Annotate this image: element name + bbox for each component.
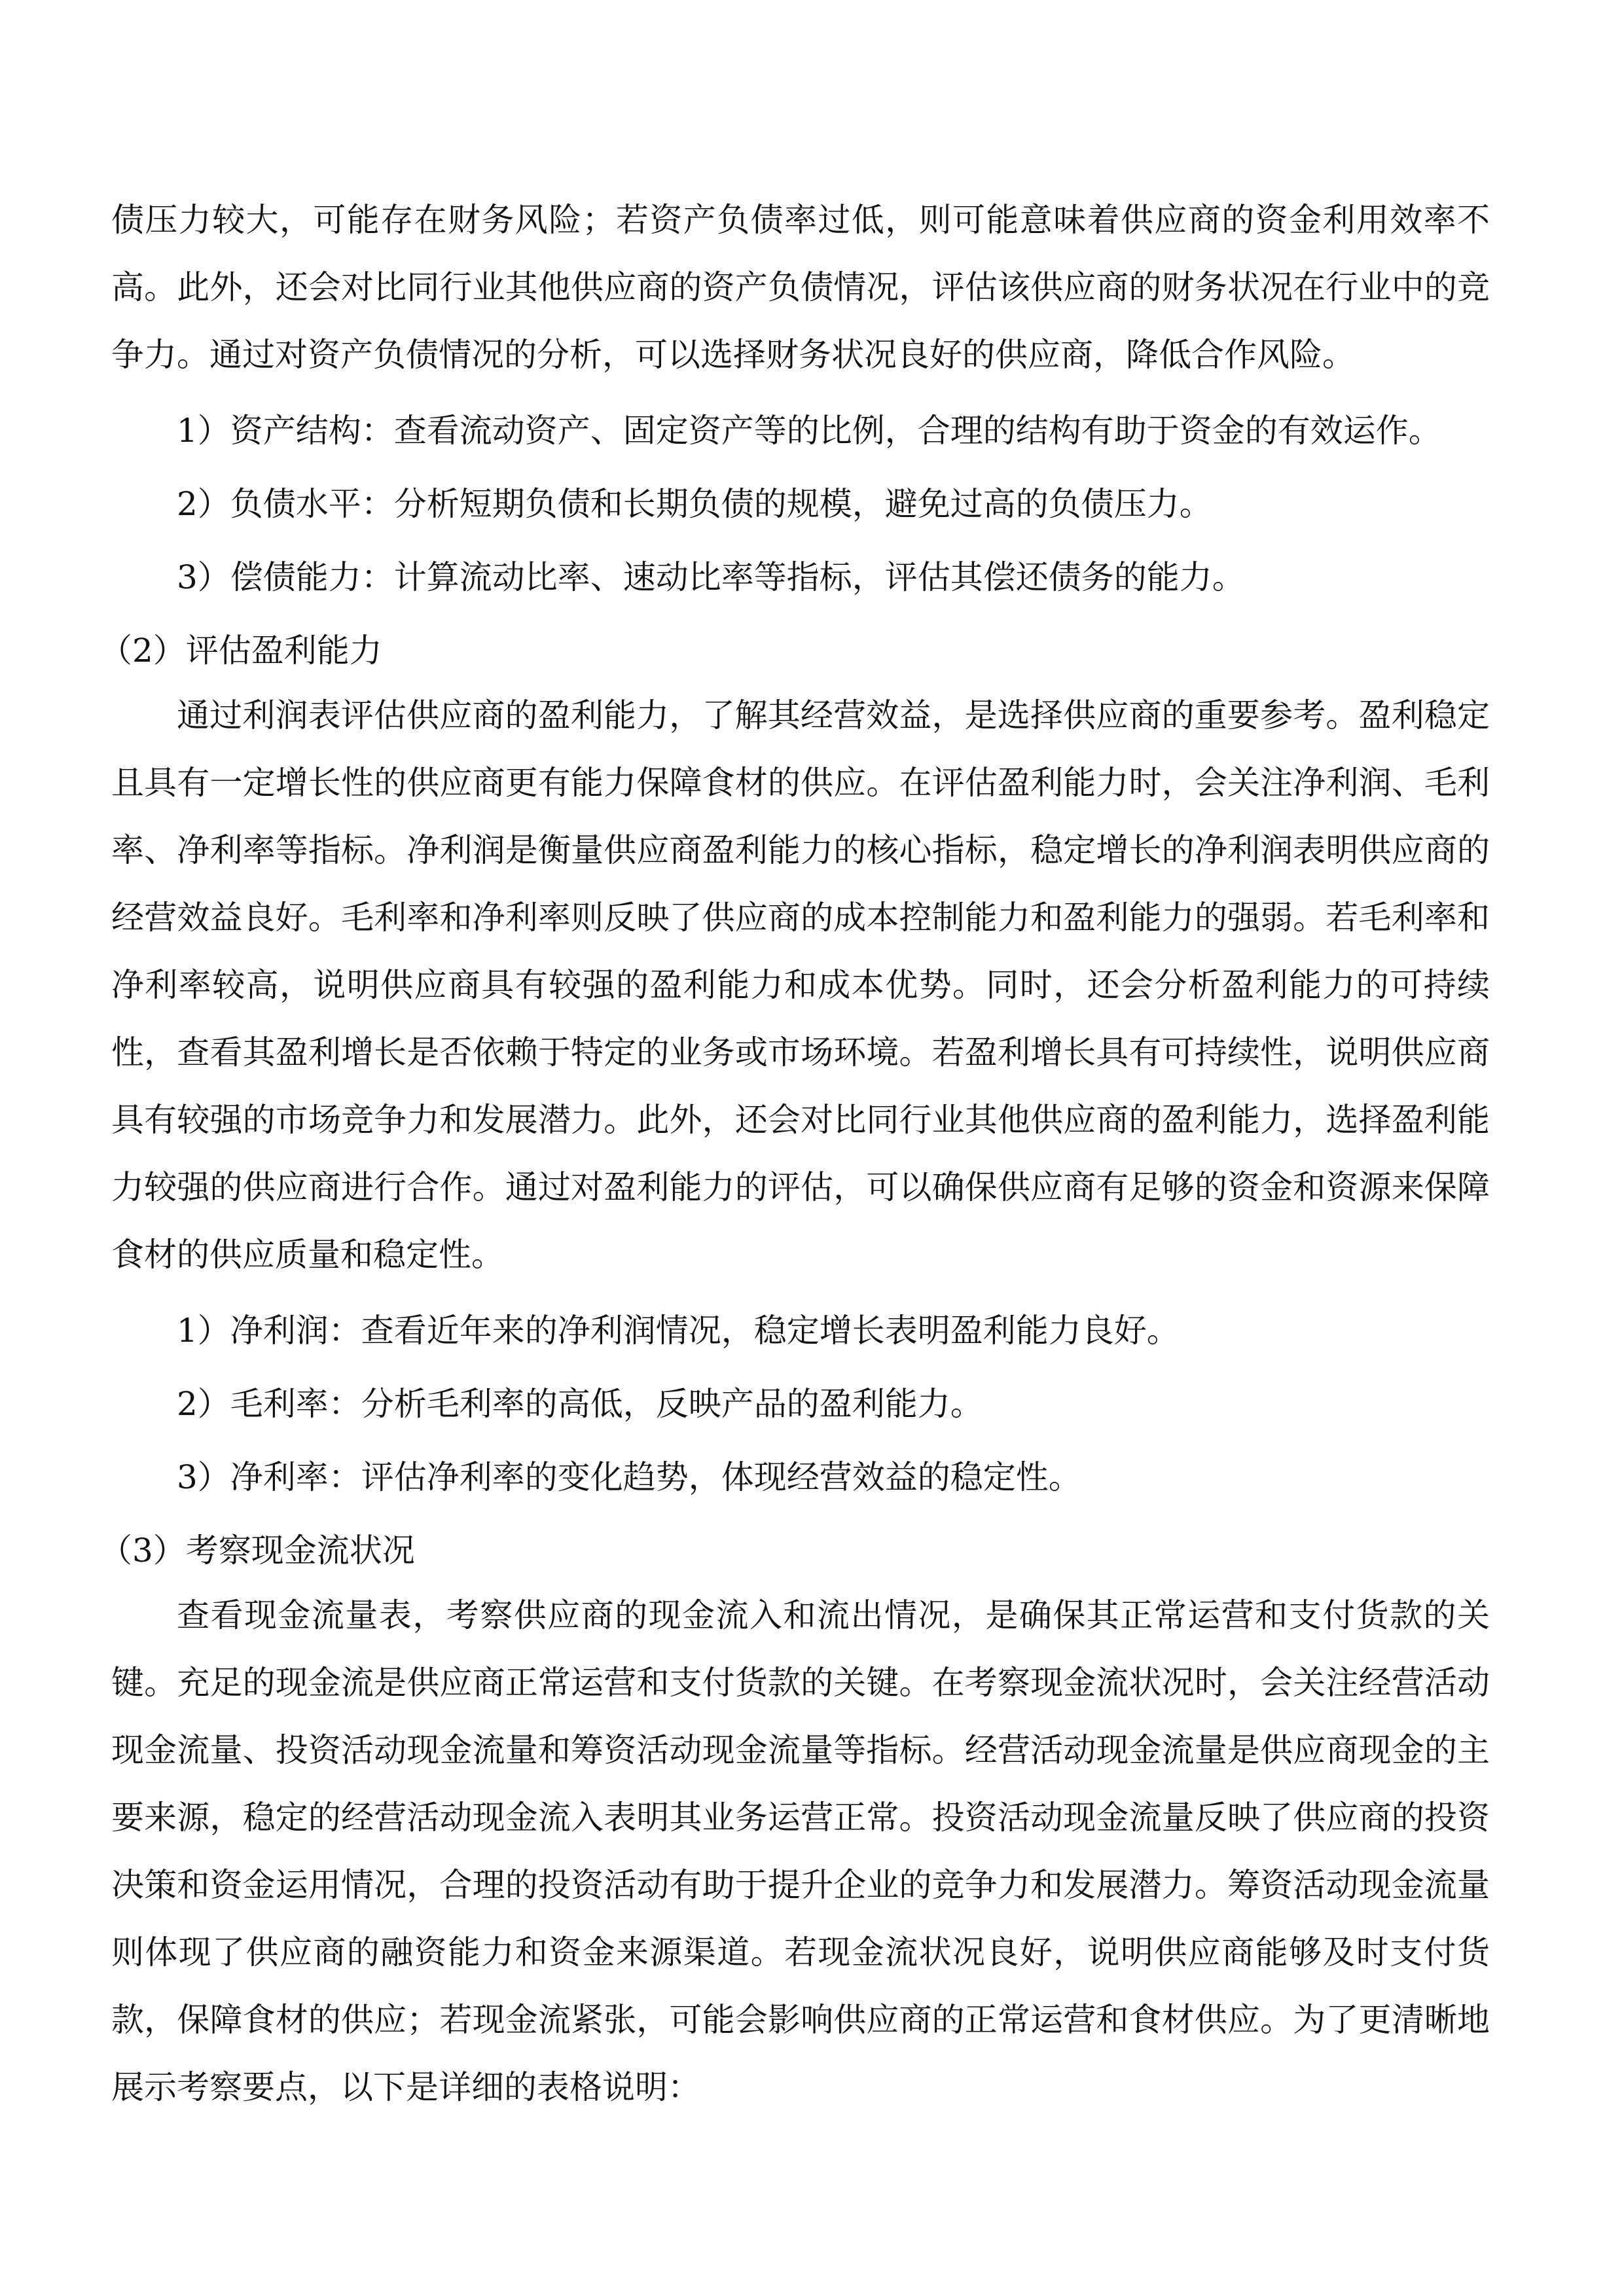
- intro-paragraph: 债压力较大，可能存在财务风险；若资产负债率过低，则可能意味着供应商的资金利用效率…: [111, 187, 1490, 389]
- section-heading-profitability: （2）评估盈利能力: [99, 614, 1490, 687]
- asset-liability-list: 1）资产结构：查看流动资产、固定资产等的比例，合理的结构有助于资金的有效运作。 …: [111, 394, 1490, 614]
- list-item-debt-level: 2）负债水平：分析短期负债和长期负债的规模，避免过高的负债压力。: [111, 467, 1490, 541]
- document-page: 债压力较大，可能存在财务风险；若资产负债率过低，则可能意味着供应商的资金利用效率…: [111, 187, 1490, 2121]
- list-item-net-margin: 3）净利率：评估净利率的变化趋势，体现经营效益的稳定性。: [111, 1441, 1490, 1514]
- list-item-asset-structure: 1）资产结构：查看流动资产、固定资产等的比例，合理的结构有助于资金的有效运作。: [111, 394, 1490, 467]
- section-heading-cash-flow: （3）考察现金流状况: [99, 1514, 1490, 1587]
- list-item-gross-margin: 2）毛利率：分析毛利率的高低，反映产品的盈利能力。: [111, 1367, 1490, 1441]
- cash-flow-paragraph: 查看现金流量表，考察供应商的现金流入和流出情况，是确保其正常运营和支付货款的关键…: [111, 1582, 1490, 2121]
- list-item-solvency: 3）偿债能力：计算流动比率、速动比率等指标，评估其偿还债务的能力。: [111, 541, 1490, 614]
- profitability-list: 1）净利润：查看近年来的净利润情况，稳定增长表明盈利能力良好。 2）毛利率：分析…: [111, 1294, 1490, 1514]
- list-item-net-profit: 1）净利润：查看近年来的净利润情况，稳定增长表明盈利能力良好。: [111, 1294, 1490, 1367]
- profitability-paragraph: 通过利润表评估供应商的盈利能力，了解其经营效益，是选择供应商的重要参考。盈利稳定…: [111, 682, 1490, 1289]
